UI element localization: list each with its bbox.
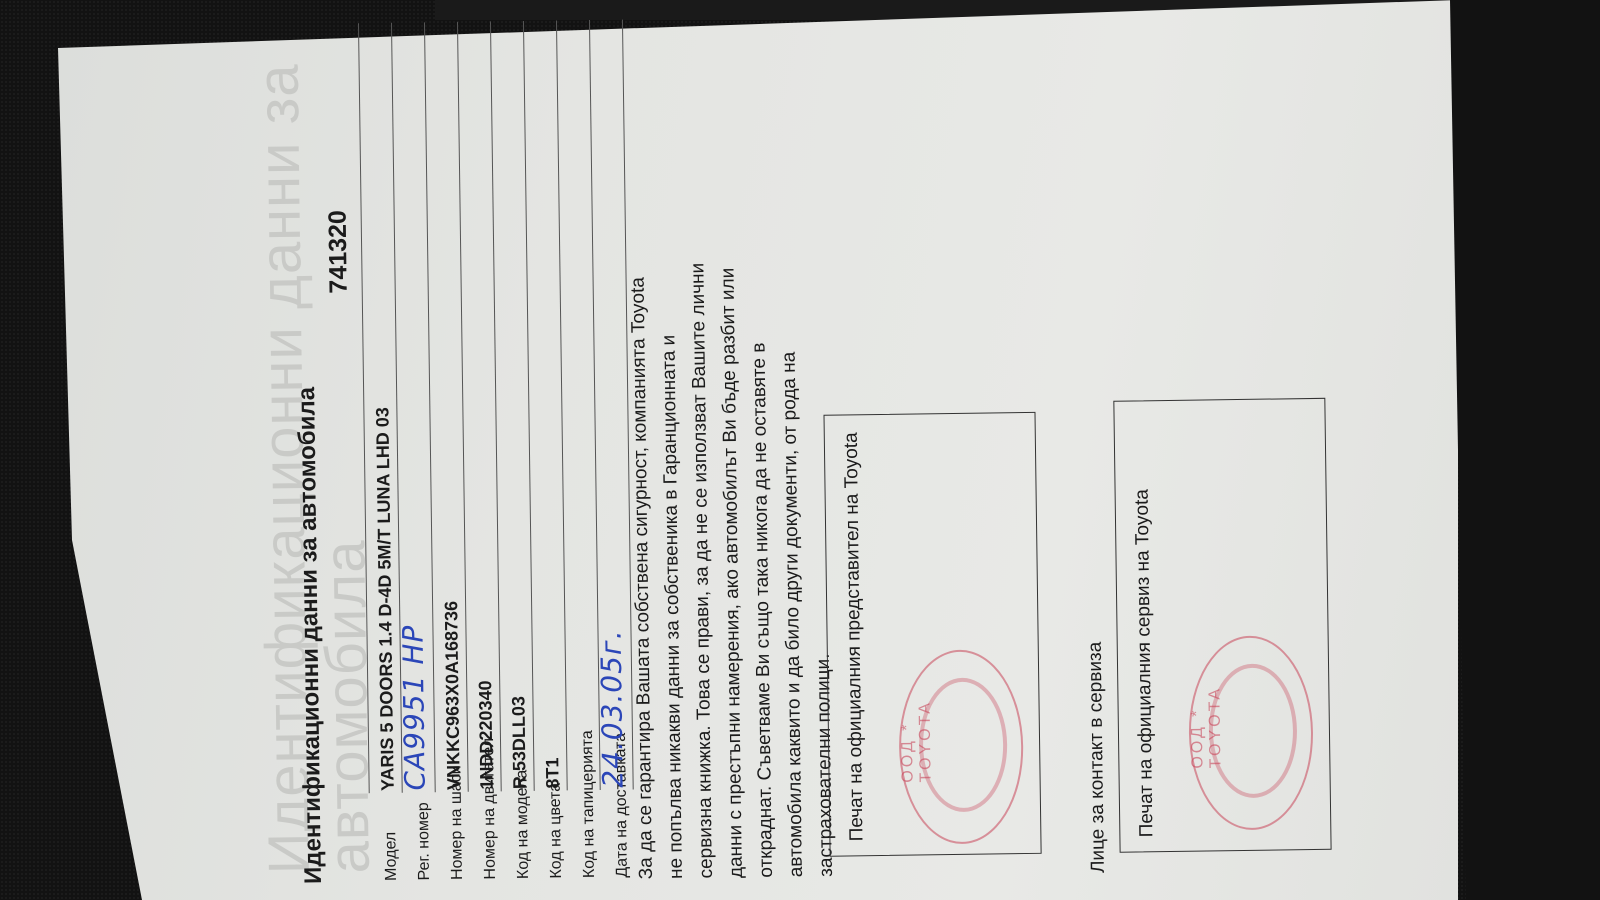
field-value: R 53DLL03 <box>508 696 530 789</box>
field-value: 8T1 <box>542 757 563 788</box>
field-value: 1NDD220340 <box>475 680 498 789</box>
service-stamp-label: Печат на официалния сервиз на Toyota <box>1127 417 1163 837</box>
field-value: YARIS 5 DOORS 1.4 D-4D 5M/T LUNA LHD 03 <box>372 407 398 791</box>
document-number: 741320 <box>324 210 354 294</box>
field-label: Рег. номер <box>415 802 434 880</box>
service-stamp: ООД * TOYOTA <box>1188 635 1315 831</box>
field-value-handwritten: 24.03.05г. <box>594 629 629 788</box>
service-contact-label: Лице за контакт в сервиза <box>1085 642 1110 874</box>
field-label: Код на цвета <box>547 783 566 879</box>
privacy-notice: За да се гарантира Вашата собствена сигу… <box>623 257 842 880</box>
field-value: VNKKC963X0A168736 <box>441 601 465 790</box>
rotated-document: Идентификационни данни за автомобила Иде… <box>228 9 1420 885</box>
field-label: Модел <box>382 832 401 881</box>
field-value-handwritten: CA9951 HP <box>396 625 431 791</box>
dealer-stamp-box: Печат на официалния представител на Toyo… <box>823 412 1041 857</box>
vehicle-data-table: Модел YARIS 5 DOORS 1.4 D-4D 5M/T LUNA L… <box>358 20 634 794</box>
dealer-stamp: ООД * TOYOTA <box>898 649 1025 845</box>
dealer-stamp-label: Печат на официалния представител на Toyo… <box>837 421 873 841</box>
background-edge <box>1440 0 1600 900</box>
service-stamp-box: Печат на официалния сервиз на Toyota ООД… <box>1113 398 1331 853</box>
